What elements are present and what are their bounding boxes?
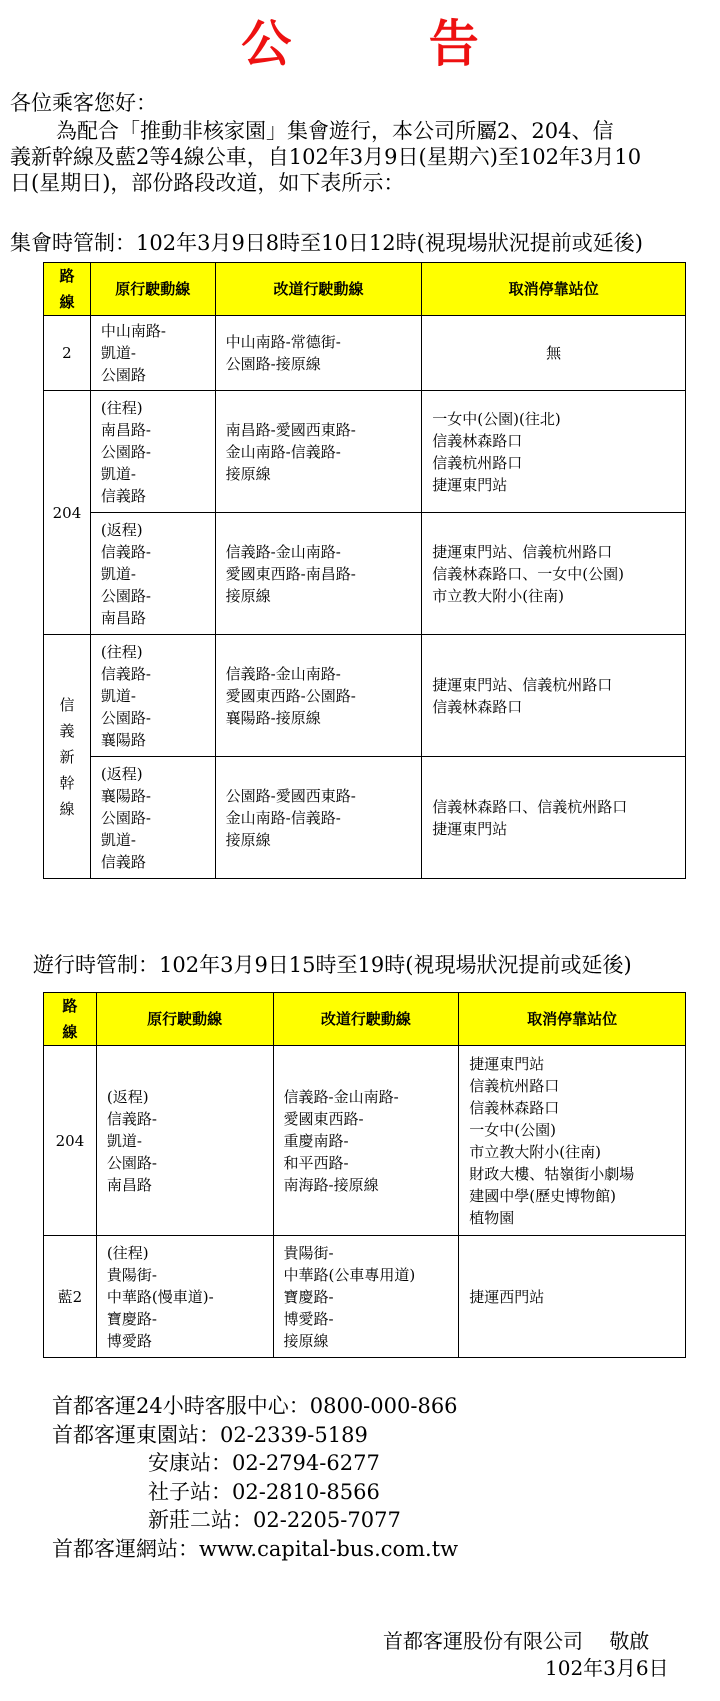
intro-line-2: 義新幹線及藍2等4線公車，自102年3月9日(星期六)至102年3月10 bbox=[10, 144, 690, 170]
original-cell: (往程)貴陽街-中華路(慢車道)-寶慶路-博愛路 bbox=[96, 1236, 273, 1358]
header-cancelled: 取消停靠站位 bbox=[422, 263, 686, 316]
cancelled-cell: 信義林森路口、信義杭州路口捷運東門站 bbox=[422, 757, 686, 879]
issue-date: 102年3月6日 bbox=[545, 1655, 669, 1681]
header-original: 原行駛動線 bbox=[90, 263, 215, 316]
original-cell: (返程)信義路-凱道-公園路-南昌路 bbox=[90, 513, 215, 635]
table-row: 204 (往程)南昌路-公園路-凱道-信義路 南昌路-愛國西東路-金山南路-信義… bbox=[44, 391, 686, 513]
table-row: 204 (返程)信義路-凱道-公園路-南昌路 信義路-金山南路-愛國東西路-重慶… bbox=[44, 1046, 686, 1236]
contact-xinzhuang2: 新莊二站：02-2205-7077 bbox=[52, 1506, 458, 1535]
detour-cell: 信義路-金山南路-愛國東西路-公園路-襄陽路-接原線 bbox=[215, 635, 422, 757]
intro-line-3: 日(星期日)，部份路段改道，如下表所示： bbox=[10, 170, 690, 196]
cancelled-cell: 捷運東門站信義杭州路口信義林森路口一女中(公園)市立教大附小(往南)財政大樓、牯… bbox=[459, 1046, 686, 1236]
contact-ankang: 安康站：02-2794-6277 bbox=[52, 1449, 458, 1478]
original-cell: (返程)信義路-凱道-公園路-南昌路 bbox=[96, 1046, 273, 1236]
cancelled-cell: 捷運東門站、信義杭州路口信義林森路口、一女中(公園)市立教大附小(往南) bbox=[422, 513, 686, 635]
original-cell: (往程)信義路-凱道-公園路-襄陽路 bbox=[90, 635, 215, 757]
detour-cell: 信義路-金山南路-愛國東西路-重慶南路-和平西路-南海路-接原線 bbox=[273, 1046, 459, 1236]
detour-cell: 中山南路-常德街-公園路-接原線 bbox=[215, 316, 422, 391]
march-detour-table: 路線 原行駛動線 改道行駛動線 取消停靠站位 204 (返程)信義路-凱道-公園… bbox=[43, 992, 686, 1358]
intro-paragraph: 為配合「推動非核家園」集會遊行，本公司所屬2、204、信 義新幹線及藍2等4線公… bbox=[10, 118, 690, 196]
contact-dongyuan: 首都客運東園站：02-2339-5189 bbox=[52, 1421, 458, 1450]
route-cell: 藍2 bbox=[44, 1236, 97, 1358]
cancelled-cell: 一女中(公園)(往北)信義林森路口信義杭州路口捷運東門站 bbox=[422, 391, 686, 513]
cancelled-cell: 無 bbox=[422, 316, 686, 391]
header-original: 原行駛動線 bbox=[96, 993, 273, 1046]
contact-hotline: 首都客運24小時客服中心：0800-000-866 bbox=[52, 1392, 458, 1421]
original-cell: (返程)襄陽路-公園路-凱道-信義路 bbox=[90, 757, 215, 879]
header-route: 路線 bbox=[44, 993, 97, 1046]
cancelled-cell: 捷運東門站、信義杭州路口信義林森路口 bbox=[422, 635, 686, 757]
signature: 首都客運股份有限公司 敬啟 bbox=[383, 1628, 649, 1654]
contact-shezi: 社子站：02-2810-8566 bbox=[52, 1478, 458, 1507]
route-cell: 2 bbox=[44, 316, 91, 391]
header-cancelled: 取消停靠站位 bbox=[459, 993, 686, 1046]
original-cell: 中山南路-凱道-公園路 bbox=[90, 316, 215, 391]
table-row: 藍2 (往程)貴陽街-中華路(慢車道)-寶慶路-博愛路 貴陽街-中華路(公車專用… bbox=[44, 1236, 686, 1358]
section1-title: 集會時管制：102年3月9日8時至10日12時(視現場狀況提前或延後) bbox=[10, 229, 643, 257]
table-row: 信義新幹線 (往程)信義路-凱道-公園路-襄陽路 信義路-金山南路-愛國東西路-… bbox=[44, 635, 686, 757]
detour-cell: 公園路-愛國西東路-金山南路-信義路-接原線 bbox=[215, 757, 422, 879]
intro-line-1: 為配合「推動非核家園」集會遊行，本公司所屬2、204、信 bbox=[10, 118, 690, 144]
greeting: 各位乘客您好： bbox=[10, 90, 157, 116]
table-header-row: 路線 原行駛動線 改道行駛動線 取消停靠站位 bbox=[44, 263, 686, 316]
header-route: 路線 bbox=[44, 263, 91, 316]
header-detour: 改道行駛動線 bbox=[215, 263, 422, 316]
contact-list: 首都客運24小時客服中心：0800-000-866 首都客運東園站：02-233… bbox=[52, 1392, 458, 1563]
table-row: 2 中山南路-凱道-公園路 中山南路-常德街-公園路-接原線 無 bbox=[44, 316, 686, 391]
contact-website: 首都客運網站：www.capital-bus.com.tw bbox=[52, 1535, 458, 1564]
cancelled-cell: 捷運西門站 bbox=[459, 1236, 686, 1358]
table-header-row: 路線 原行駛動線 改道行駛動線 取消停靠站位 bbox=[44, 993, 686, 1046]
detour-cell: 貴陽街-中華路(公車專用道)寶慶路-博愛路-接原線 bbox=[273, 1236, 459, 1358]
table-row: (返程)襄陽路-公園路-凱道-信義路 公園路-愛國西東路-金山南路-信義路-接原… bbox=[44, 757, 686, 879]
original-cell: (往程)南昌路-公園路-凱道-信義路 bbox=[90, 391, 215, 513]
route-cell: 204 bbox=[44, 1046, 97, 1236]
detour-cell: 南昌路-愛國西東路-金山南路-信義路-接原線 bbox=[215, 391, 422, 513]
header-detour: 改道行駛動線 bbox=[273, 993, 459, 1046]
route-cell: 信義新幹線 bbox=[44, 635, 91, 879]
detour-cell: 信義路-金山南路-愛國東西路-南昌路-接原線 bbox=[215, 513, 422, 635]
section2-title: 遊行時管制：102年3月9日15時至19時(視現場狀況提前或延後) bbox=[33, 951, 632, 979]
page-title: 公 告 bbox=[0, 14, 720, 74]
website-link[interactable]: www.capital-bus.com.tw bbox=[199, 1537, 458, 1561]
table-row: (返程)信義路-凱道-公園路-南昌路 信義路-金山南路-愛國東西路-南昌路-接原… bbox=[44, 513, 686, 635]
rally-detour-table: 路線 原行駛動線 改道行駛動線 取消停靠站位 2 中山南路-凱道-公園路 中山南… bbox=[43, 262, 686, 879]
route-cell: 204 bbox=[44, 391, 91, 635]
